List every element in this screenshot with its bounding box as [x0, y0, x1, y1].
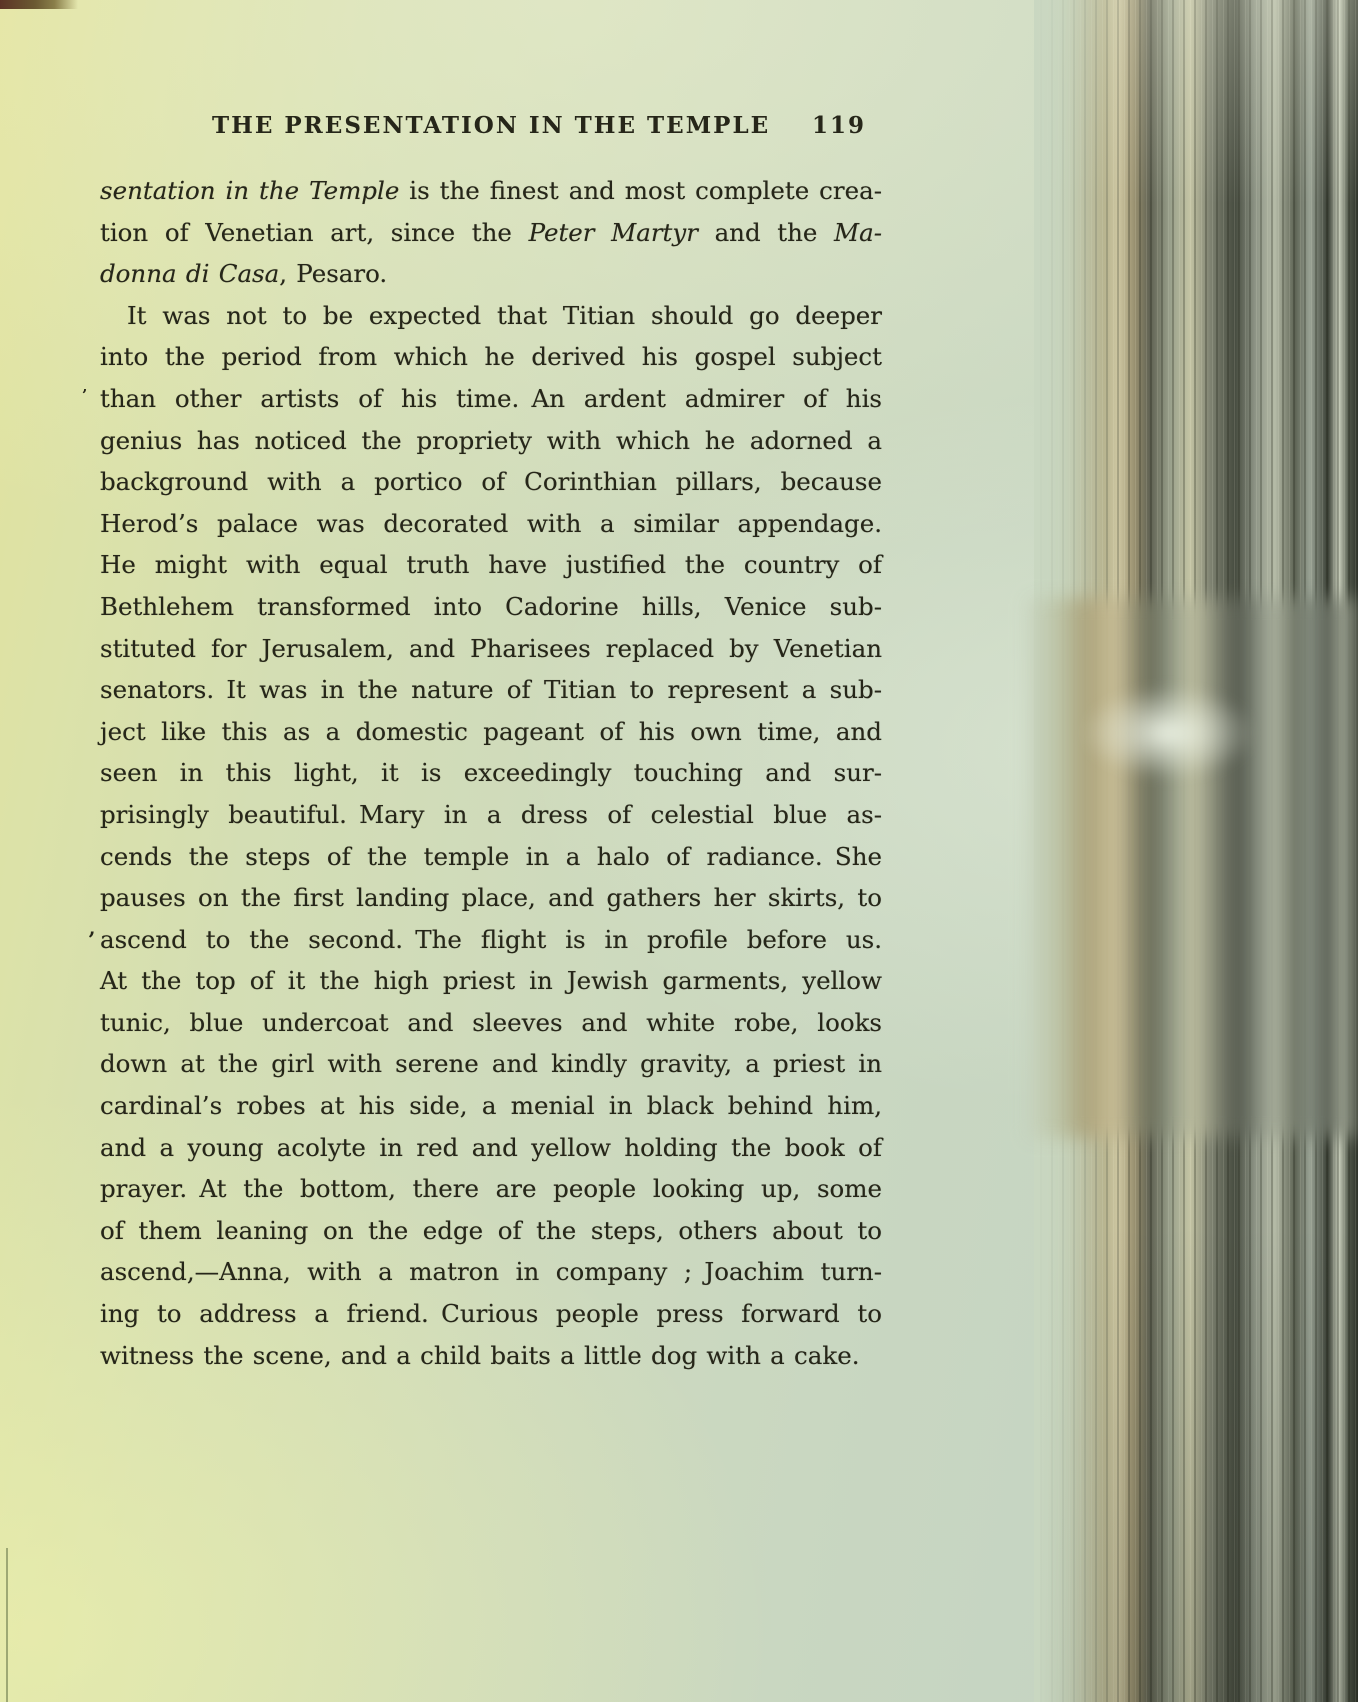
- body-text: ject like this as a domestic pageant of …: [100, 717, 882, 746]
- text-line: pauses on the first landing place, and g…: [100, 877, 882, 919]
- text-line: At the top of it the high priest in Jewi…: [100, 960, 882, 1002]
- body-text: cardinal’s robes at his side, a menial i…: [100, 1091, 882, 1120]
- body-text: is the finest and most complete crea-: [399, 176, 882, 205]
- text-line: down at the girl with serene and kindly …: [100, 1043, 882, 1085]
- body-text: seen in this light, it is exceedingly to…: [100, 758, 882, 787]
- text-line: and a young acolyte in red and yellow ho…: [100, 1127, 882, 1169]
- text-line: ascend to the second. The flight is in p…: [100, 919, 882, 961]
- text-line: witness the scene, and a child baits a l…: [100, 1335, 882, 1377]
- photo-corner-artifact: [0, 0, 78, 9]
- text-line: sentation in the Temple is the finest an…: [100, 170, 882, 212]
- page-header: THE PRESENTATION IN THE TEMPLE 119: [100, 112, 882, 152]
- body-text: , Pesaro.: [279, 259, 387, 288]
- body-text: down at the girl with serene and kindly …: [100, 1049, 882, 1078]
- body-text: Bethlehem transformed into Cadorine hill…: [100, 592, 882, 621]
- margin-mark: ’: [82, 388, 87, 403]
- text-line: prayer. At the bottom, there are people …: [100, 1168, 882, 1210]
- body-text: senators. It was in the nature of Titian…: [100, 675, 882, 704]
- body-text: prayer. At the bottom, there are people …: [100, 1174, 882, 1203]
- body-text: At the top of it the high priest in Jewi…: [100, 966, 882, 995]
- text-line: than other artists of his time. An arden…: [100, 378, 882, 420]
- body-text: genius has noticed the propriety with wh…: [100, 426, 882, 455]
- text-line: donna di Casa, Pesaro.: [100, 253, 882, 295]
- running-title: THE PRESENTATION IN THE TEMPLE: [212, 112, 770, 139]
- text-line: into the period from which he derived hi…: [100, 336, 882, 378]
- text-line: of them leaning on the edge of the steps…: [100, 1210, 882, 1252]
- text-line: tunic, blue undercoat and sleeves and wh…: [100, 1002, 882, 1044]
- text-line: background with a portico of Corinthian …: [100, 461, 882, 503]
- body-text: He might with equal truth have justified…: [100, 550, 882, 579]
- body-text: witness the scene, and a child baits a l…: [100, 1341, 860, 1370]
- body-text: ascend,—Anna, with a matron in company ;…: [100, 1257, 882, 1286]
- body-text: and a young acolyte in red and yellow ho…: [100, 1133, 882, 1162]
- page-text: sentation in the Temple is the finest an…: [100, 170, 882, 1376]
- body-text: into the period from which he derived hi…: [100, 342, 882, 371]
- text-line: ing to address a friend. Curious people …: [100, 1293, 882, 1335]
- body-text: ing to address a friend. Curious people …: [100, 1299, 882, 1328]
- text-line: Bethlehem transformed into Cadorine hill…: [100, 586, 882, 628]
- body-text: pauses on the first landing place, and g…: [100, 883, 882, 912]
- body-text: It was not to be expected that Titian sh…: [127, 301, 882, 330]
- italic-text: donna di Casa: [100, 259, 279, 288]
- text-line: cends the steps of the temple in a halo …: [100, 836, 882, 878]
- text-line: tion of Venetian art, since the Peter Ma…: [100, 212, 882, 254]
- text-line: stituted for Jerusalem, and Pharisees re…: [100, 628, 882, 670]
- margin-mark: ’: [88, 929, 95, 950]
- body-text: prisingly beautiful. Mary in a dress of …: [100, 800, 882, 829]
- body-text: tion of Venetian art, since the: [100, 218, 529, 247]
- text-line: cardinal’s robes at his side, a menial i…: [100, 1085, 882, 1127]
- text-line: seen in this light, it is exceedingly to…: [100, 752, 882, 794]
- italic-text: Peter Martyr: [529, 218, 698, 247]
- text-line: ject like this as a domestic pageant of …: [100, 711, 882, 753]
- body-text: stituted for Jerusalem, and Pharisees re…: [100, 634, 882, 663]
- text-line: It was not to be expected that Titian sh…: [100, 295, 882, 337]
- body-text: than other artists of his time. An arden…: [100, 384, 882, 413]
- body-text: background with a portico of Corinthian …: [100, 467, 882, 496]
- body-text: Herod’s palace was decorated with a simi…: [100, 509, 882, 538]
- body-text: cends the steps of the temple in a halo …: [100, 842, 882, 871]
- italic-text: Ma-: [834, 218, 882, 247]
- text-line: Herod’s palace was decorated with a simi…: [100, 503, 882, 545]
- book-photo: THE PRESENTATION IN THE TEMPLE 119 senta…: [0, 0, 1358, 1702]
- body-text: tunic, blue undercoat and sleeves and wh…: [100, 1008, 882, 1037]
- text-line: senators. It was in the nature of Titian…: [100, 669, 882, 711]
- body-text: and the: [698, 218, 834, 247]
- page-left-edge: [6, 1548, 8, 1702]
- highlight-blob: [1048, 668, 1288, 798]
- text-line: genius has noticed the propriety with wh…: [100, 420, 882, 462]
- text-line: ascend,—Anna, with a matron in company ;…: [100, 1251, 882, 1293]
- text-line: He might with equal truth have justified…: [100, 544, 882, 586]
- text-line: prisingly beautiful. Mary in a dress of …: [100, 794, 882, 836]
- italic-text: sentation in the Temple: [100, 176, 399, 205]
- body-text: ascend to the second. The flight is in p…: [100, 925, 882, 954]
- page-number: 119: [812, 112, 866, 139]
- body-text: of them leaning on the edge of the steps…: [100, 1216, 882, 1245]
